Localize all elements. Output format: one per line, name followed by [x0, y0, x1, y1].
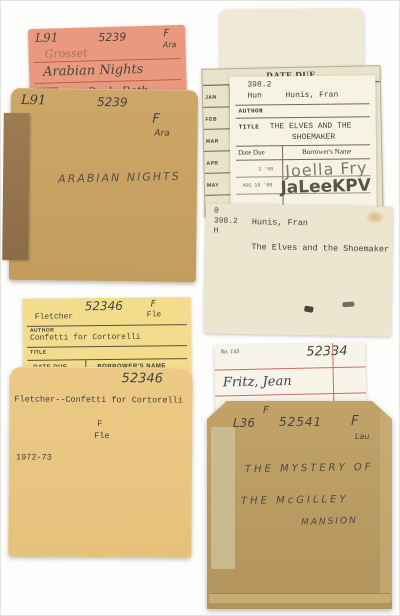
pocket-call-number: 52346 — [122, 371, 163, 386]
card-cutter: Hun — [247, 91, 261, 100]
pocket-title-line1: THE MYSTERY OF — [245, 462, 374, 475]
pocket-bottom-fold — [209, 593, 390, 603]
borrower-label: Borrower's Name — [302, 147, 351, 156]
card-class-letter: F — [151, 299, 156, 309]
month-label: MAY — [205, 183, 219, 189]
entry-date-stamp: 2 '88 — [258, 166, 273, 172]
card-call-number: 5239 — [98, 30, 126, 44]
month-label: FEB — [203, 117, 217, 123]
date-due-label: Date Due — [238, 148, 265, 156]
pocket-call-number: 398.2 — [214, 217, 238, 226]
card-class-sub: Ara — [163, 40, 177, 49]
card-corner-number: L91 — [35, 30, 59, 45]
card-no-label: No. 143 — [220, 349, 239, 355]
pocket-title-line: Fletcher--Confetti for Cortorelli — [14, 394, 182, 405]
book-pocket-confetti: 52346 Fletcher--Confetti for Cortorelli … — [8, 366, 192, 557]
card-author-line: Grosset — [44, 47, 87, 61]
title-label: TITLE — [30, 350, 46, 356]
tape-strip — [2, 113, 30, 260]
pocket-class-sub: Fle — [94, 431, 109, 441]
card-rule — [27, 324, 187, 327]
pocket-title-line3: MANSION — [301, 516, 358, 528]
card-title-line2: SHOEMAKER — [292, 133, 335, 142]
pocket-call-number: 5239 — [97, 95, 128, 109]
pocket-class-letter: F — [97, 419, 102, 429]
pocket-call-number: 52541 — [279, 415, 322, 429]
pocket-title-line2: THE McGILLEY — [241, 494, 349, 507]
month-label: JAN — [203, 95, 217, 101]
pocket-years: 1972-73 — [16, 452, 52, 462]
pocket-corner-number: L91 — [21, 93, 46, 108]
title-label: TITLE — [239, 123, 260, 130]
month-column: JAN FEB MAR APR MAY JUN — [203, 85, 232, 216]
pocket-class-sub: Lau — [355, 432, 369, 441]
author-label: AUTHOR — [239, 107, 264, 114]
book-pocket-elves: 0 398.2 H Hunis, Fran The Elves and the … — [204, 203, 393, 336]
card-class-sub: Fle — [147, 310, 161, 319]
pocket-prefix: 0 — [214, 207, 219, 216]
library-cards-photo: L91 5239 F Ara Grosset Arabian Nights NO… — [0, 0, 400, 616]
card-call-number: 52346 — [85, 299, 123, 313]
entry-borrower-scribble: JaLeeKPV — [280, 176, 371, 199]
borrower-name-1: Fritz, Jean — [223, 374, 292, 390]
card-call-number: 52334 — [306, 344, 348, 360]
pocket-title: ARABIAN NIGHTS — [58, 170, 181, 186]
pocket-top-letter: F — [263, 405, 269, 416]
card-title-script: Arabian Nights — [43, 62, 144, 80]
card-rule — [27, 358, 187, 361]
ink-smudge — [342, 302, 354, 308]
card-author: Hunis, Fran — [285, 91, 338, 101]
red-rule — [215, 392, 366, 396]
card-rule — [34, 79, 181, 84]
card-rule — [236, 116, 370, 118]
tape-strip — [380, 409, 392, 601]
card-rule — [236, 103, 370, 105]
red-rule — [215, 366, 366, 370]
pocket-body: F L36 52541 F Lau THE MYSTERY OF THE McG… — [207, 401, 392, 609]
card-rule — [27, 345, 187, 348]
card-class-letter: F — [163, 28, 169, 39]
ink-smudge — [304, 306, 314, 313]
pocket-shelf-number: L36 — [233, 416, 255, 430]
pocket-cutter: H — [214, 227, 219, 236]
card-title: Confetti for Cortorelli — [30, 333, 141, 343]
entry-date-stamp: AUG 19 '88 — [242, 182, 272, 188]
book-pocket-arabian: L91 5239 F Ara ARABIAN NIGHTS — [9, 88, 198, 282]
pocket-author: Hunis, Fran — [252, 217, 308, 228]
pocket-title: The Elves and the Shoemaker — [251, 242, 389, 254]
tape-strip — [211, 427, 235, 569]
checkout-card-elves: 398.2 Hun Hunis, Fran AUTHOR TITLE THE E… — [229, 75, 376, 218]
card-call-number: 398.2 — [247, 80, 271, 89]
checkout-card-confetti: 52346 F Fletcher Fle AUTHOR Confetti for… — [23, 297, 192, 377]
pocket-class-letter: F — [152, 112, 160, 127]
month-label: MAR — [204, 139, 219, 145]
book-pocket-mystery: F L36 52541 F Lau THE MYSTERY OF THE McG… — [207, 401, 392, 609]
month-label: APR — [204, 161, 218, 167]
card-author: Fletcher — [35, 312, 73, 321]
stain-mark — [367, 211, 383, 223]
pocket-class-sub: Ara — [154, 129, 169, 139]
card-rule — [236, 144, 370, 146]
pocket-class-letter: F — [351, 414, 358, 429]
card-title-line1: THE ELVES AND THE — [270, 121, 352, 131]
